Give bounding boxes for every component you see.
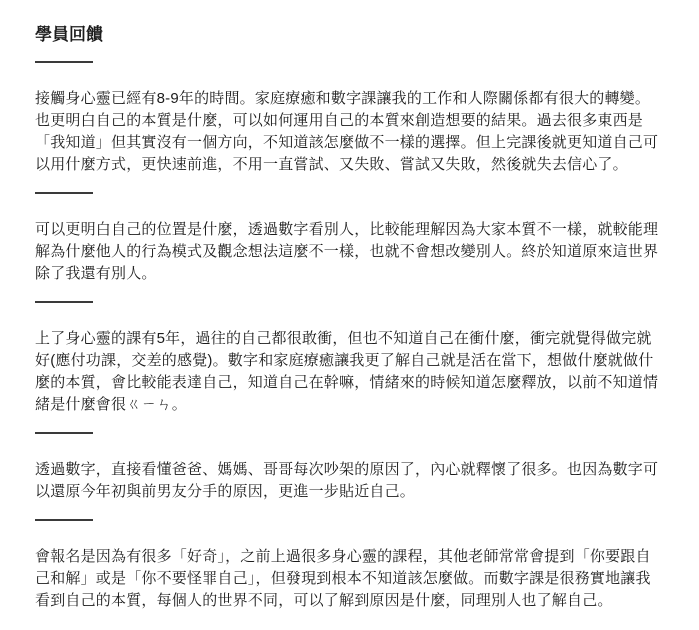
feedback-paragraph: 上了身心靈的課有5年，過往的自己都很敢衝，但也不知道自己在衝什麼，衝完就覺得做完… [35, 328, 665, 416]
feedback-paragraph: 會報名是因為有很多「好奇」，之前上過很多身心靈的課程，其他老師常常會提到「你要跟… [35, 546, 665, 612]
feedback-paragraph: 透過數字，直接看懂爸爸、媽媽、哥哥每次吵架的原因了，內心就釋懷了很多。也因為數字… [35, 459, 665, 503]
section-divider [35, 301, 93, 303]
feedback-paragraph: 接觸身心靈已經有8-9年的時間。家庭療癒和數字課讓我的工作和人際關係都有很大的轉… [35, 88, 665, 176]
feedback-paragraph: 可以更明白自己的位置是什麼，透過數字看別人，比較能理解因為大家本質不一樣，就較能… [35, 219, 665, 285]
section-divider [35, 61, 93, 63]
section-divider [35, 519, 93, 521]
page-title: 學員回饋 [35, 25, 665, 45]
section-divider [35, 432, 93, 434]
document-page: 學員回饋 接觸身心靈已經有8-9年的時間。家庭療癒和數字課讓我的工作和人際關係都… [0, 0, 699, 630]
section-divider [35, 192, 93, 194]
